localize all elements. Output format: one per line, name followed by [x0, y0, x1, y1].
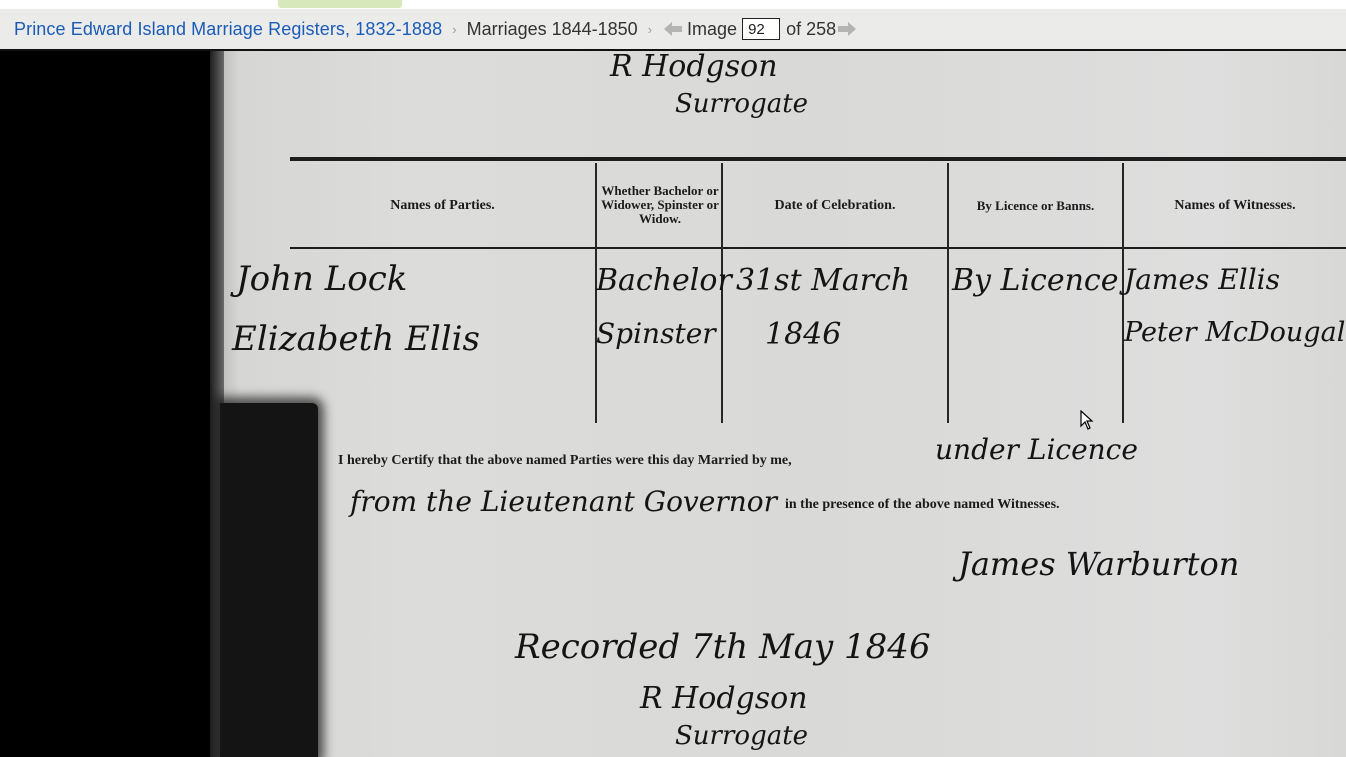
header-names-of-parties: Names of Parties.: [290, 163, 595, 247]
certification-printed-text-2: in the presence of the above named Witne…: [785, 497, 1060, 513]
bride-condition: Spinster: [596, 317, 716, 350]
image-label: Image: [687, 19, 737, 40]
breadcrumb-collection-link[interactable]: Prince Edward Island Marriage Registers,…: [14, 19, 442, 40]
date-day-month: 31st March: [736, 263, 910, 298]
party-groom-name: John Lock: [236, 259, 407, 299]
table-top-rule: [290, 157, 1346, 161]
image-viewer-canvas[interactable]: R Hodgson Surrogate Names of Parties. Wh…: [0, 51, 1346, 757]
certification-handwritten-2: from the Lieutenant Governor: [350, 485, 777, 518]
certification-printed-text: I hereby Certify that the above named Pa…: [338, 453, 792, 469]
witness-2: Peter McDougal: [1124, 317, 1345, 348]
party-bride-name: Elizabeth Ellis: [232, 319, 480, 359]
officiant-signature: James Warburton: [958, 545, 1239, 583]
header-date-of-celebration: Date of Celebration.: [723, 163, 947, 247]
page-tab-shadow: [220, 403, 318, 757]
previous-image-button[interactable]: [664, 22, 682, 36]
chevron-right-icon: ›: [648, 22, 652, 37]
chevron-right-icon: ›: [452, 22, 456, 37]
breadcrumb-volume: Marriages 1844-1850: [467, 19, 638, 40]
image-viewer-toolbar: Prince Edward Island Marriage Registers,…: [0, 9, 1346, 49]
top-strip: [0, 0, 1346, 9]
header-condition: Whether Bachelor or Widower, Spinster or…: [599, 163, 721, 247]
header-names-of-witnesses: Names of Witnesses.: [1124, 163, 1346, 247]
date-year: 1846: [765, 317, 841, 352]
bottom-signature-role: Surrogate: [675, 721, 808, 751]
total-pages-label: of 258: [786, 19, 836, 40]
witness-1: James Ellis: [1124, 263, 1280, 296]
groom-condition: Bachelor: [596, 263, 732, 298]
top-signature-role: Surrogate: [675, 89, 808, 119]
register-page-image[interactable]: R Hodgson Surrogate Names of Parties. Wh…: [210, 51, 1346, 757]
recorded-date: Recorded 7th May 1846: [515, 627, 931, 667]
table-header-rule: [290, 247, 1346, 249]
mouse-cursor-icon: [1080, 410, 1094, 430]
licence-or-banns-value: By Licence: [952, 263, 1118, 298]
arrow-right-icon: [838, 22, 856, 36]
bottom-signature: R Hodgson: [640, 681, 808, 716]
page-number-input[interactable]: [742, 18, 780, 40]
next-image-button[interactable]: [838, 22, 856, 36]
certification-handwritten-1: under Licence: [935, 433, 1138, 466]
header-licence-or-banns: By Licence or Banns.: [949, 163, 1122, 247]
top-signature: R Hodgson: [610, 51, 778, 84]
arrow-left-icon: [664, 22, 682, 36]
active-tab-indicator[interactable]: [278, 0, 402, 8]
